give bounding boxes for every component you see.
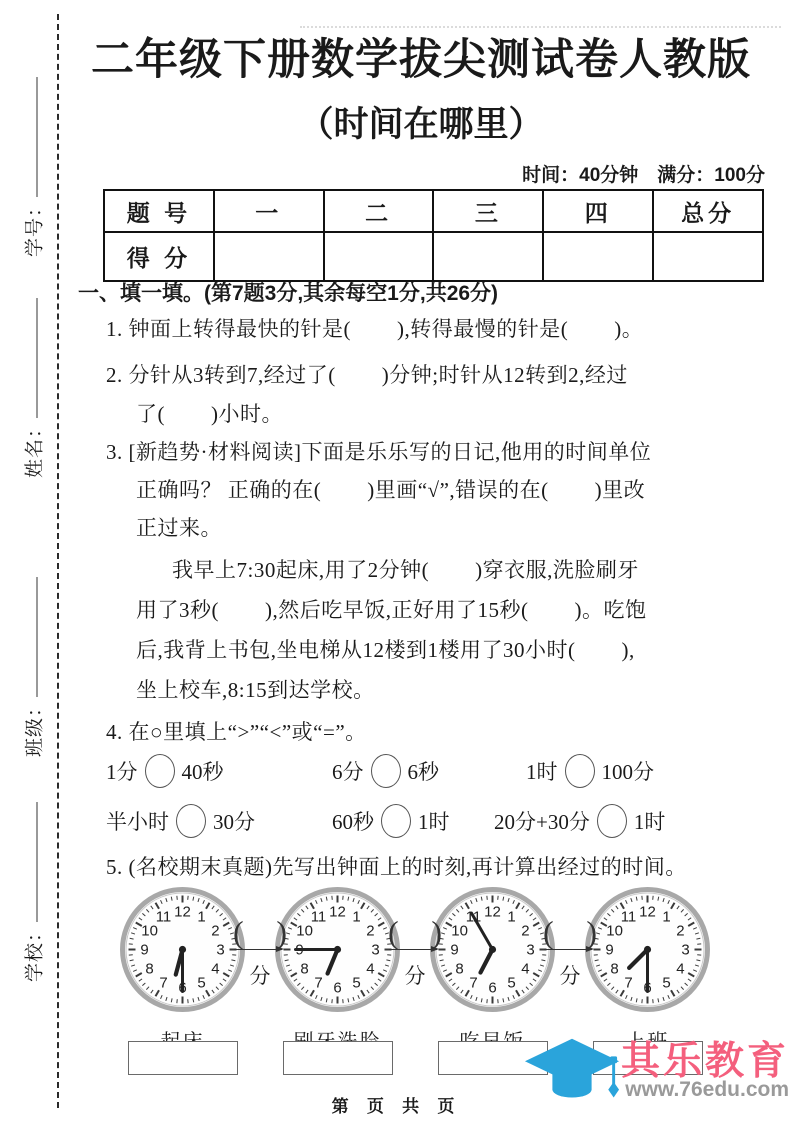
svg-text:2: 2 [366, 923, 374, 940]
svg-text:12: 12 [174, 904, 191, 921]
arrow-right-icon [389, 949, 437, 950]
comparison-item: 20分+30分1时 [494, 804, 665, 838]
svg-text:2: 2 [676, 923, 684, 940]
comparison-right: 30分 [213, 806, 255, 836]
svg-text:2: 2 [211, 923, 219, 940]
question-5-stem: 5. (名校期末真题)先写出钟面上的时刻,再计算出经过的时间。 [106, 851, 687, 881]
svg-text:1: 1 [197, 909, 205, 926]
svg-text:7: 7 [314, 974, 322, 991]
score-cell[interactable] [543, 232, 653, 281]
score-cell[interactable] [653, 232, 763, 281]
answer-box[interactable] [128, 1041, 238, 1075]
dashed-cut-line [57, 14, 59, 1108]
question-2-line-2: 了( )小时。 [136, 398, 283, 428]
svg-text:4: 4 [676, 961, 684, 978]
student-id-field: 学号： [20, 77, 47, 257]
question-4-stem: 4. 在○里填上“>”“<”或“=”。 [106, 716, 367, 746]
comparison-item: 1分40秒 [106, 754, 224, 788]
minute-unit-label: 分 [401, 960, 429, 990]
question-3-line-1: 3. [新趋势·材料阅读]下面是乐乐写的日记,他用的时间单位 [106, 436, 651, 466]
arrow-right-icon [544, 949, 592, 950]
section-4-header: 四 [543, 190, 653, 232]
svg-text:3: 3 [371, 942, 379, 959]
minute-unit-label: 分 [246, 960, 274, 990]
school-blank[interactable] [36, 802, 38, 922]
section-1-header: 一 [214, 190, 324, 232]
question-1-line: 1. 钟面上转得最快的针是( ),转得最慢的针是( )。 [106, 313, 643, 343]
svg-text:7: 7 [159, 974, 167, 991]
student-name-blank[interactable] [36, 298, 38, 418]
score-cell[interactable] [214, 232, 324, 281]
question-3-line-3: 正过来。 [136, 512, 222, 542]
clock-face: 123456789101112 [429, 886, 556, 1013]
diary-line-4: 坐上校车,8:15到达学校。 [136, 674, 375, 704]
svg-text:12: 12 [484, 904, 501, 921]
comparison-right: 40秒 [182, 756, 224, 786]
brand-logo: 其乐教育 www.76edu.com [517, 1032, 791, 1118]
class-field: 班级： [20, 577, 47, 757]
svg-text:8: 8 [300, 961, 308, 978]
svg-text:9: 9 [140, 942, 148, 959]
section-heading: 一、填一填。(第7题3分,其余每空1分,共26分) [78, 277, 498, 307]
question-number-header: 题 号 [104, 190, 214, 232]
comparison-item: 1时100分 [526, 754, 654, 788]
comparison-circle[interactable] [381, 804, 411, 838]
comparison-left: 半小时 [106, 806, 169, 836]
comparison-left: 6分 [332, 756, 364, 786]
svg-text:11: 11 [156, 909, 172, 926]
svg-text:5: 5 [662, 974, 670, 991]
svg-text:1: 1 [662, 909, 670, 926]
student-name-field: 姓名： [20, 298, 47, 478]
clock-wake-up: 123456789101112 起床 [119, 886, 246, 1054]
comparison-item: 6分6秒 [332, 754, 439, 788]
elapsed-time-connector: ( ) 分 [246, 886, 274, 1013]
comparison-left: 20分+30分 [494, 806, 590, 836]
page-subtitle: （时间在哪里） [70, 97, 772, 147]
svg-text:4: 4 [211, 961, 219, 978]
comparison-circle[interactable] [565, 754, 595, 788]
svg-text:3: 3 [526, 942, 534, 959]
clock-face: 123456789101112 [274, 886, 401, 1013]
comparison-item: 半小时30分 [106, 804, 255, 838]
svg-text:5: 5 [507, 974, 515, 991]
comparison-right: 6秒 [408, 756, 440, 786]
svg-text:7: 7 [469, 974, 477, 991]
graduation-cap-icon [523, 1036, 621, 1112]
svg-text:5: 5 [197, 974, 205, 991]
comparison-circle[interactable] [176, 804, 206, 838]
open-paren: ( [543, 914, 554, 951]
score-table-score-row: 得 分 [104, 232, 763, 281]
class-blank[interactable] [36, 577, 38, 697]
student-name-label: 姓名： [20, 418, 47, 478]
score-row-label: 得 分 [104, 232, 214, 281]
comparison-right: 1时 [418, 806, 450, 836]
student-id-label: 学号： [20, 197, 47, 257]
exam-meta: 时间：40分钟 满分：100分 [522, 160, 765, 187]
svg-text:6: 6 [333, 980, 341, 997]
comparison-circle[interactable] [145, 754, 175, 788]
comparison-left: 60秒 [332, 806, 374, 836]
comparison-right: 100分 [602, 756, 655, 786]
question-2-line-1: 2. 分针从3转到7,经过了( )分钟;时针从12转到2,经过 [106, 359, 628, 389]
elapsed-time-connector: ( ) 分 [556, 886, 584, 1013]
page-title: 二年级下册数学拔尖测试卷人教版 [70, 26, 772, 87]
svg-text:9: 9 [450, 942, 458, 959]
school-field: 学校： [20, 802, 47, 982]
svg-text:2: 2 [521, 923, 529, 940]
svg-text:12: 12 [639, 904, 656, 921]
score-cell[interactable] [324, 232, 434, 281]
student-id-blank[interactable] [36, 77, 38, 197]
answer-box[interactable] [283, 1041, 393, 1075]
clock-breakfast: 123456789101112 吃早饭 [429, 886, 556, 1054]
school-label: 学校： [20, 922, 47, 982]
svg-text:4: 4 [521, 961, 529, 978]
svg-text:11: 11 [621, 909, 637, 926]
clocks-row: 123456789101112 起床 ( ) 分 123456789101112… [119, 886, 711, 1054]
score-cell[interactable] [433, 232, 543, 281]
svg-text:11: 11 [311, 909, 327, 926]
comparison-right: 1时 [634, 806, 666, 836]
arrow-right-icon [234, 949, 282, 950]
section-3-header: 三 [433, 190, 543, 232]
class-label: 班级： [20, 697, 47, 757]
svg-text:5: 5 [352, 974, 360, 991]
svg-text:6: 6 [488, 980, 496, 997]
diary-line-3: 后,我背上书包,坐电梯从12楼到1楼用了30小时( ), [136, 634, 635, 664]
svg-text:8: 8 [145, 961, 153, 978]
brand-url: www.76edu.com [617, 1078, 789, 1102]
svg-text:12: 12 [329, 904, 346, 921]
clock-face: 123456789101112 [119, 886, 246, 1013]
clock-brush-wash: 123456789101112 刷牙洗脸 [274, 886, 401, 1054]
comparison-circle[interactable] [371, 754, 401, 788]
svg-text:3: 3 [216, 942, 224, 959]
score-table-header-row: 题 号 一 二 三 四 总分 [104, 190, 763, 232]
svg-text:4: 4 [366, 961, 374, 978]
clock-go-to-work: 123456789101112 上班 [584, 886, 711, 1054]
elapsed-time-connector: ( ) 分 [401, 886, 429, 1013]
score-table: 题 号 一 二 三 四 总分 得 分 [103, 189, 764, 282]
minute-unit-label: 分 [556, 960, 584, 990]
section-2-header: 二 [324, 190, 434, 232]
open-paren: ( [233, 914, 244, 951]
comparison-circle[interactable] [597, 804, 627, 838]
svg-text:7: 7 [624, 974, 632, 991]
comparison-item: 60秒1时 [332, 804, 450, 838]
question-3-line-2: 正确吗？ 正确的在( )里画“√”,错误的在( )里改 [136, 474, 645, 504]
total-score-header: 总分 [653, 190, 763, 232]
diary-line-2: 用了3秒( ),然后吃早饭,正好用了15秒( )。吃饱 [136, 594, 646, 624]
exam-paper-page: 学号： 姓名： 班级： 学校： 二年级下册数学拔尖测试卷人教版 （时间在哪里） … [0, 0, 793, 1122]
svg-text:9: 9 [605, 942, 613, 959]
svg-text:8: 8 [610, 961, 618, 978]
svg-text:3: 3 [681, 942, 689, 959]
svg-text:1: 1 [507, 909, 515, 926]
comparison-left: 1时 [526, 756, 558, 786]
diary-line-1: 我早上7:30起床,用了2分钟( )穿衣服,洗脸刷牙 [172, 554, 639, 584]
clock-face: 123456789101112 [584, 886, 711, 1013]
svg-text:8: 8 [455, 961, 463, 978]
comparison-left: 1分 [106, 756, 138, 786]
svg-text:1: 1 [352, 909, 360, 926]
open-paren: ( [388, 914, 399, 951]
